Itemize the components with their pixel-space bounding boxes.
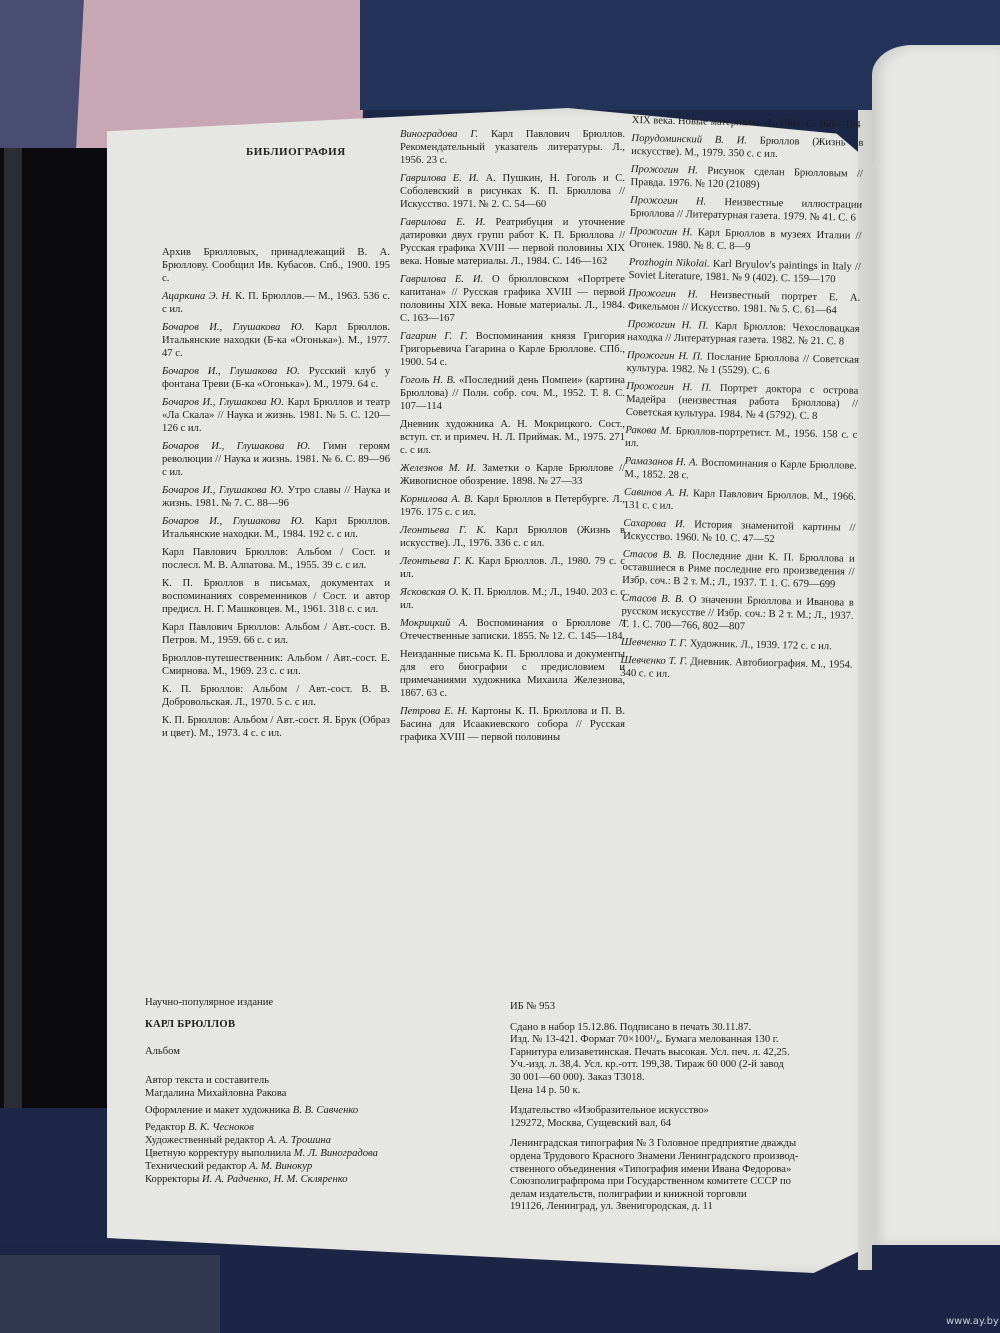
bibliography-entry: Корнилова А. В. Карл Брюллов в Петербург… [400,493,625,519]
entry-author: Мокрицкий А. [400,618,477,629]
bibliography-entry: Прожогин Н. Рисунок сделан Брюлловым // … [630,163,862,194]
entry-author: Гаврилова Е. И. [400,274,492,285]
bibliography-column-2: Виноградова Г. Карл Павлович Брюллов. Ре… [400,128,625,749]
bibliography-entry: Мокрицкий А. Воспоминания о Брюллове // … [400,617,625,643]
bibliography-entry: Неизданные письма К. П. Брюллова и докум… [400,648,625,700]
bibliography-entry: Prozhogin Nikolai. Karl Bryulov's painti… [628,256,860,287]
bibliography-entry: К. П. Брюллов в письмах, документах и во… [162,577,390,616]
entry-text: Художник. Л., 1939. 172 с. с ил. [690,638,832,652]
book-subtitle: Альбом [145,1045,465,1058]
entry-author: Шевченко Т. Г. [620,655,690,667]
entry-author: Бочаров И., Глушакова Ю. [162,366,309,377]
entry-author: Прожогин Н. П. [626,381,720,394]
entry-author: Железнов М. И. [400,463,482,474]
colophon-line: Цена 14 р. 50 к. [510,1085,860,1098]
entry-text: Карл Павлович Брюллов: Альбом / Авт.-сос… [162,622,390,646]
credit-line: Редактор В. К. Чесноков [145,1121,465,1134]
bibliography-column-3: XIX века. Новые материалы. Л., 1984. С. … [620,114,864,690]
colophon-line: Ленинградская типография № 3 Головное пр… [510,1138,860,1151]
author-label: Автор текста и составитель [145,1074,465,1087]
bibliography-entry: Рамазанов Н. А. Воспоминания о Карле Брю… [624,455,856,486]
bibliography-entry: Бочаров И., Глушакова Ю. Русский клуб у … [162,365,390,391]
entry-text: К. П. Брюллов: Альбом / Авт.-сост. Я. Бр… [162,715,390,739]
book-title: КАРЛ БРЮЛЛОВ [145,1018,465,1031]
colophon-line: Уч.-изд. л. 38,4. Усл. кр.-отт. 199,38. … [510,1059,860,1072]
bibliography-entry: К. П. Брюллов: Альбом / Авт.-сост. Я. Бр… [162,714,390,740]
bibliography-entry: Бочаров И., Глушакова Ю. Карл Брюллов и … [162,396,390,435]
colophon-line: делам издательств, полиграфии и книжной … [510,1189,860,1202]
bibliography-entry: Гаврилова Е. И. А. Пушкин, Н. Гоголь и С… [400,172,625,211]
bibliography-entry: Ясковская О. К. П. Брюллов. М.; Л., 1940… [400,586,625,612]
bibliography-entry: Прожогин Н. П. Карл Брюллов: Чехословацк… [627,318,859,349]
bibliography-entry: Стасов В. В. О значении Брюллова и Ивано… [621,592,854,636]
bibliography-entry: Архив Брюлловых, принадлежащий В. А. Брю… [162,246,390,285]
bibliography-entry: Бочаров И., Глушакова Ю. Карл Брюллов. И… [162,321,390,360]
entry-text: Брюллов-путешественник: Альбом / Авт.-со… [162,653,390,677]
entry-author: Прожогин Н. П. [627,319,715,332]
colophon-line: Изд. № 13-421. Формат 70×100¹/₈. Бумага … [510,1034,860,1047]
colophon-line: Издательство «Изобразительное искусство» [510,1105,860,1118]
credit-line: Технический редактор А. М. Винокур [145,1160,465,1173]
design-label: Оформление и макет художника [145,1105,290,1116]
entry-author: Шевченко Т. Г. [621,637,690,649]
entry-text: К. П. Брюллов: Альбом / Авт.-сост. В. В.… [162,684,390,708]
entry-text: Архив Брюлловых, принадлежащий В. А. Брю… [162,247,390,284]
publisher-info: Издательство «Изобразительное искусство»… [510,1105,860,1130]
entry-author: Виноградова Г. [400,129,491,140]
bibliography-entry: Сахарова И. История знаменитой картины /… [623,517,855,548]
bibliography-entry: К. П. Брюллов: Альбом / Авт.-сост. В. В.… [162,683,390,709]
entry-author: Корнилова А. В. [400,494,477,505]
bibliography-entry: Гагарин Г. Г. Воспоминания князя Григори… [400,330,625,369]
colophon-line: ордена Трудового Красного Знамени Ленинг… [510,1151,860,1164]
entry-author: Порудоминский В. И. [631,133,759,147]
colophon-line: Сдано в набор 15.12.86. Подписано в печа… [510,1022,860,1035]
colophon-credits: Научно-популярное издание КАРЛ БРЮЛЛОВ А… [145,996,465,1186]
entry-author: Рамазанов Н. А. [625,456,702,469]
entry-author: Савинов А. Н. [624,487,693,499]
bibliography-column-1: Архив Брюлловых, принадлежащий В. А. Брю… [162,246,390,745]
bibliography-entry: Железнов М. И. Заметки о Карле Брюллове … [400,462,625,488]
bibliography-entry: Порудоминский В. И. Брюллов (Жизнь в иск… [631,132,863,163]
entry-author: Стасов В. В. [623,549,692,561]
credit-line: Цветную корректуру выполнила М. Л. Виног… [145,1147,465,1160]
colophon-print-info: ИБ № 953 Сдано в набор 15.12.86. Подписа… [510,1001,860,1222]
credits-list: Редактор В. К. ЧесноковХудожественный ре… [145,1121,465,1186]
entry-author: Прожогин Н. [630,195,724,208]
colophon-line: Гарнитура елизаветинская. Печать высокая… [510,1047,860,1060]
bibliography-entry: Стасов В. В. Последние дни К. П. Брюллов… [622,548,855,592]
bibliography-entry: Гаврилова Е. И. О брюлловском «Портрете … [400,273,625,325]
entry-author: Прожогин Н. [631,164,708,177]
bibliography-entry: Гаврилова Е. И. Реатрибуция и уточнение … [400,216,625,268]
bibliography-entry: Гоголь Н. В. «Последний день Помпеи» (ка… [400,374,625,413]
entry-author: Гоголь Н. В. [400,375,459,386]
print-details: Сдано в набор 15.12.86. Подписано в печа… [510,1022,860,1098]
bibliography-entry: Прожогин Н. Неизвестные иллюстрации Брюл… [630,194,862,225]
entry-text: Неизданные письма К. П. Брюллова и докум… [400,649,625,699]
bibliography-entry: Савинов А. Н. Карл Павлович Брюллов. М.,… [624,486,856,517]
bibliography-entry: Прожогин Н. Карл Брюллов в музеях Италии… [629,225,861,256]
colophon-line: 30 001—60 000). Заказ Т3018. [510,1072,860,1085]
watermark: www.ay.by [946,1316,999,1327]
author-name: Магдалина Михайловна Ракова [145,1087,465,1100]
entry-text: Карл Павлович Брюллов: Альбом / Сост. и … [162,547,390,571]
bibliography-entry: Карл Павлович Брюллов: Альбом / Авт.-сос… [162,621,390,647]
entry-author: Прожогин Н. [629,226,697,238]
bibliography-entry: Бочаров И., Глушакова Ю. Утро славы // Н… [162,484,390,510]
entry-author: Прожогин Н. П. [627,350,707,363]
entry-author: Прожогин Н. [628,288,710,301]
bibliography-entry: Прожогин Н. П. Портрет доктора с острова… [626,380,859,424]
design-credit: Оформление и макет художника В. В. Савче… [145,1104,465,1117]
page-title: БИБЛИОГРАФИЯ [246,146,346,158]
entry-author: Бочаров И., Глушакова Ю. [162,322,315,333]
bibliography-entry: Бочаров И., Глушакова Ю. Гимн героям рев… [162,440,390,479]
colophon-line: Союзполиграфпрома при Государственном ко… [510,1176,860,1189]
entry-author: Леонтьева Г. К. [400,556,478,567]
entry-author: Ясковская О. [400,587,461,598]
entry-author: Петрова Е. Н. [400,706,472,717]
bibliography-entry: Прожогин Н. Неизвестный портрет Е. А. Фи… [628,287,860,318]
bibliography-entry: Ракова М. Брюллов-портретист. М., 1956. … [625,424,857,455]
bibliography-entry: Ацаркина Э. Н. К. П. Брюллов.— М., 1963.… [162,290,390,316]
bibliography-entry: Дневник художника А. Н. Мокрицкого. Сост… [400,418,625,457]
entry-text: К. П. Брюллов в письмах, документах и во… [162,578,390,615]
credit-line: Художественный редактор А. А. Трошина [145,1134,465,1147]
entry-author: Бочаров И., Глушакова Ю. [162,516,315,527]
credit-line: Корректоры И. А. Радченко, Н. М. Склярен… [145,1173,465,1186]
facing-page [872,45,1000,1245]
printer-info: Ленинградская типография № 3 Головное пр… [510,1138,860,1214]
entry-author: Гагарин Г. Г. [400,331,476,342]
bibliography-entry: Шевченко Т. Г. Дневник. Автобиография. М… [620,654,852,685]
entry-author: Бочаров И., Глушакова Ю. [162,441,323,452]
entry-author: Гаврилова Е. И. [400,173,486,184]
bibliography-entry: Карл Павлович Брюллов: Альбом / Сост. и … [162,546,390,572]
entry-author: Prozhogin Nikolai. [629,257,713,270]
entry-author: Ракова М. [625,425,676,437]
colophon-line: ственного объединения «Типография имени … [510,1164,860,1177]
ib-number: ИБ № 953 [510,1001,860,1014]
bibliography-entry: Брюллов-путешественник: Альбом / Авт.-со… [162,652,390,678]
book-spine [4,148,22,1108]
bibliography-entry: Леонтьева Г. К. Карл Брюллов. Л., 1980. … [400,555,625,581]
entry-author: Бочаров И., Глушакова Ю. [162,397,288,408]
entry-author: Бочаров И., Глушакова Ю. [162,485,287,496]
entry-author: Леонтьева Г. К. [400,525,496,536]
bibliography-entry: Шевченко Т. Г. Художник. Л., 1939. 172 с… [621,636,853,654]
entry-author: Сахарова И. [623,518,694,530]
entry-text: Дневник художника А. Н. Мокрицкого. Сост… [400,419,625,456]
bibliography-entry: Леонтьева Г. К. Карл Брюллов (Жизнь в ис… [400,524,625,550]
entry-author: Гаврилова Е. И. [400,217,496,228]
background-worn-surface [0,1255,220,1333]
bibliography-entry: Бочаров И., Глушакова Ю. Карл Брюллов. И… [162,515,390,541]
colophon-line: 191126, Ленинград, ул. Звенигородская, д… [510,1201,860,1214]
colophon-line: 129272, Москва, Сущевский вал, 64 [510,1118,860,1131]
entry-author: Ацаркина Э. Н. [162,291,235,302]
author-block: Автор текста и составитель Магдалина Мих… [145,1074,465,1100]
design-name: В. В. Савченко [293,1105,358,1116]
bibliography-entry: Прожогин Н. П. Послание Брюллова // Сове… [627,349,859,380]
bibliography-entry: Виноградова Г. Карл Павлович Брюллов. Ре… [400,128,625,167]
entry-author: Стасов В. В. [622,593,689,605]
bibliography-entry: Петрова Е. Н. Картоны К. П. Брюллова и П… [400,705,625,744]
bibliography-entry: XIX века. Новые материалы. Л., 1984. С. … [632,114,864,132]
entry-text: XIX века. Новые материалы. Л., 1984. С. … [632,115,861,131]
edition-type: Научно-популярное издание [145,996,465,1009]
